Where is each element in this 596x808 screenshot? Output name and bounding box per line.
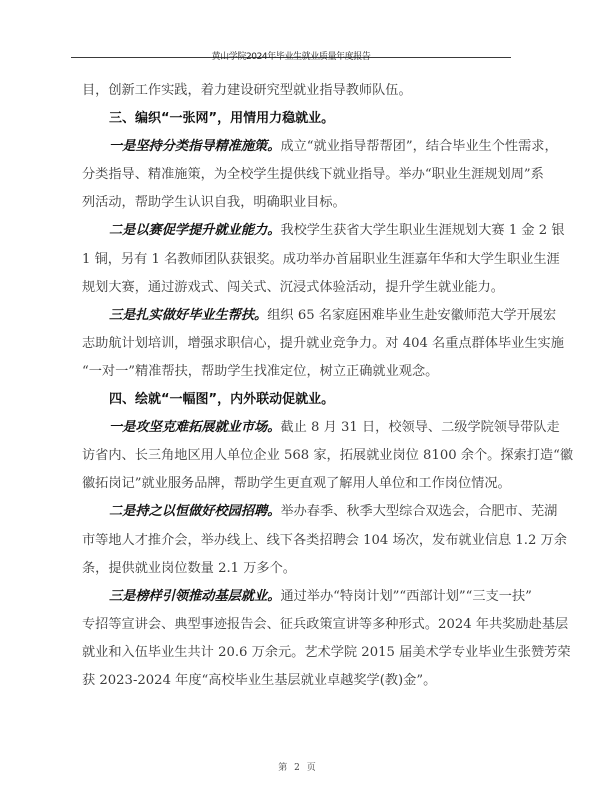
line-text: 徽拓岗记”就业服务品牌，帮助学生更直观了解用人单位和工作岗位情况。	[82, 476, 511, 491]
line-text: 通过举办“特岗计划”“西部计划”“三支一扶”	[280, 589, 531, 604]
header-title: 黄山学院2024年毕业生就业质量年度报告	[212, 51, 371, 63]
section-heading: 三、编织“一张网”，用情用力稳就业。	[82, 105, 514, 133]
text-line: 一是攻坚克难拓展就业市场。截止 8 月 31 日，校领导、二级学院领导带队走	[82, 414, 514, 442]
text-line: 目，创新工作实践，着力建设研究型就业指导教师队伍。	[82, 77, 514, 105]
text-line: 条，提供就业岗位数量 2.1 万多个。	[82, 555, 514, 583]
line-text: “一对一”精准帮扶，帮助学生找准定位，树立正确就业观念。	[82, 364, 438, 379]
lead-phrase: 二是持之以恒做好校园招聘。	[109, 504, 280, 519]
text-line: 访省内、长三角地区用人单位企业 568 家，拓展就业岗位 8100 余个。探索打…	[82, 442, 514, 470]
line-text: 获 2023-2024 年度“高校毕业生基层就业卓越奖学(教)金”。	[82, 673, 436, 688]
line-text: 组织 65 名家庭困难毕业生赴安徽师范大学开展宏	[267, 308, 556, 323]
line-text: 截止 8 月 31 日，校领导、二级学院领导带队走	[280, 420, 559, 435]
line-text: 就业和入伍毕业生共计 20.6 万余元。艺术学院 2015 届美术学专业毕业生张…	[82, 645, 571, 660]
line-text: 成立“就业指导帮帮团”，结合毕业生个性需求，	[280, 139, 557, 154]
text-line: 专招等宣讲会、典型事迹报告会、征兵政策宣讲等多种形式。2024 年共奖励赴基层	[82, 611, 514, 639]
line-text: 列活动，帮助学生认识自我，明确职业目标。	[82, 195, 346, 210]
text-line: 列活动，帮助学生认识自我，明确职业目标。	[82, 189, 514, 217]
line-text: 目，创新工作实践，着力建设研究型就业指导教师队伍。	[82, 83, 412, 98]
text-line: 二是以赛促学提升就业能力。我校学生获省大学生职业生涯规划大赛 1 金 2 银	[82, 217, 514, 245]
line-text: 条，提供就业岗位数量 2.1 万多个。	[82, 561, 296, 576]
section-heading: 四、绘就“一幅图”，内外联动促就业。	[82, 386, 514, 414]
text-line: 二是持之以恒做好校园招聘。举办春季、秋季大型综合双选会，合肥市、芜湖	[82, 498, 514, 526]
line-text: 举办春季、秋季大型综合双选会，合肥市、芜湖	[280, 504, 557, 519]
lead-phrase: 一是坚持分类指导精准施策。	[109, 139, 280, 154]
line-text: 1 铜，另有 1 名教师团队获银奖。成功举办首届职业生涯嘉年华和大学生职业生涯	[82, 252, 560, 267]
text-line: 1 铜，另有 1 名教师团队获银奖。成功举办首届职业生涯嘉年华和大学生职业生涯	[82, 246, 514, 274]
line-text: 市等地人才推介会，举办线上、线下各类招聘会 104 场次，发布就业信息 1.2 …	[82, 533, 567, 548]
running-header: 黄山学院2024年毕业生就业质量年度报告	[71, 44, 511, 58]
text-line: 就业和入伍毕业生共计 20.6 万余元。艺术学院 2015 届美术学专业毕业生张…	[82, 639, 514, 667]
lead-phrase: 三是扎实做好毕业生帮扶。	[109, 308, 267, 323]
text-line: 三是扎实做好毕业生帮扶。组织 65 名家庭困难毕业生赴安徽师范大学开展宏	[82, 302, 514, 330]
text-line: 徽拓岗记”就业服务品牌，帮助学生更直观了解用人单位和工作岗位情况。	[82, 470, 514, 498]
line-text: 志助航计划培训，增强求职信心，提升就业竞争力。对 404 名重点群体毕业生实施	[82, 336, 564, 351]
document-body: 目，创新工作实践，着力建设研究型就业指导教师队伍。三、编织“一张网”，用情用力稳…	[82, 77, 514, 695]
text-line: 一是坚持分类指导精准施策。成立“就业指导帮帮团”，结合毕业生个性需求，	[82, 133, 514, 161]
text-line: 市等地人才推介会，举办线上、线下各类招聘会 104 场次，发布就业信息 1.2 …	[82, 527, 514, 555]
text-line: 志助航计划培训，增强求职信心，提升就业竞争力。对 404 名重点群体毕业生实施	[82, 330, 514, 358]
line-text: 分类指导、精准施策，为全校学生提供线下就业指导。举办“职业生涯规划周”系	[82, 167, 544, 182]
text-line: 规划大赛，通过游戏式、闯关式、沉浸式体验活动，提升学生就业能力。	[82, 274, 514, 302]
lead-phrase: 一是攻坚克难拓展就业市场。	[109, 420, 280, 435]
page-number: 第 2 页	[0, 760, 596, 773]
document-page: 黄山学院2024年毕业生就业质量年度报告 目，创新工作实践，着力建设研究型就业指…	[0, 0, 596, 808]
line-text: 四、绘就“一幅图”，内外联动促就业。	[109, 392, 334, 407]
line-text: 访省内、长三角地区用人单位企业 568 家，拓展就业岗位 8100 余个。探索打…	[82, 448, 573, 463]
line-text: 规划大赛，通过游戏式、闯关式、沉浸式体验活动，提升学生就业能力。	[82, 280, 504, 295]
text-line: 三是榜样引领推动基层就业。通过举办“特岗计划”“西部计划”“三支一扶”	[82, 583, 514, 611]
line-text: 专招等宣讲会、典型事迹报告会、征兵政策宣讲等多种形式。2024 年共奖励赴基层	[82, 617, 568, 632]
lead-phrase: 二是以赛促学提升就业能力。	[109, 223, 280, 238]
line-text: 三、编织“一张网”，用情用力稳就业。	[109, 111, 334, 126]
text-line: 获 2023-2024 年度“高校毕业生基层就业卓越奖学(教)金”。	[82, 667, 514, 695]
line-text: 我校学生获省大学生职业生涯规划大赛 1 金 2 银	[280, 223, 564, 238]
text-line: 分类指导、精准施策，为全校学生提供线下就业指导。举办“职业生涯规划周”系	[82, 161, 514, 189]
text-line: “一对一”精准帮扶，帮助学生找准定位，树立正确就业观念。	[82, 358, 514, 386]
lead-phrase: 三是榜样引领推动基层就业。	[109, 589, 280, 604]
